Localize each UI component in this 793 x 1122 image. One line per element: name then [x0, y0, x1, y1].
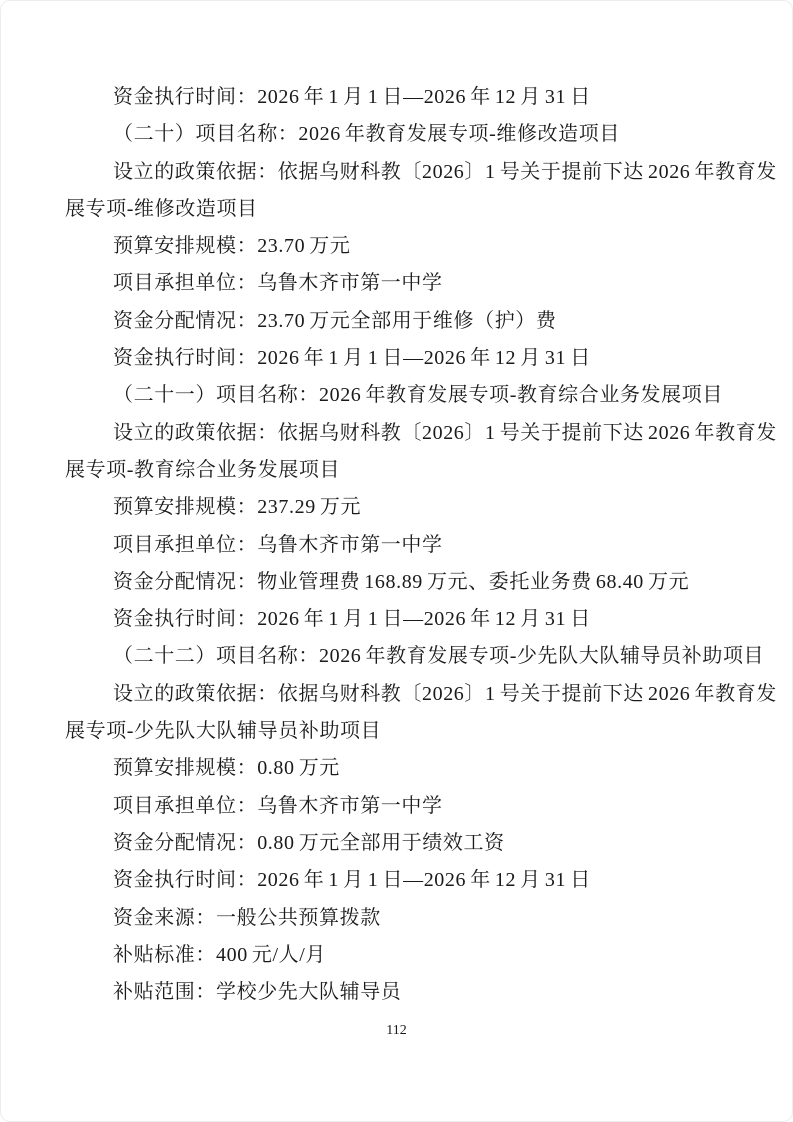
doc-line: 预算安排规模：0.80 万元: [65, 750, 733, 787]
doc-line: 资金分配情况：物业管理费 168.89 万元、委托业务费 68.40 万元: [65, 564, 733, 601]
doc-line: （二十二）项目名称：2026 年教育发展专项-少先队大队辅导员补助项目: [65, 638, 733, 675]
doc-line: 项目承担单位：乌鲁木齐市第一中学: [65, 265, 733, 302]
doc-line: 资金执行时间：2026 年 1 月 1 日—2026 年 12 月 31 日: [65, 79, 733, 116]
doc-line: 资金执行时间：2026 年 1 月 1 日—2026 年 12 月 31 日: [65, 862, 733, 899]
doc-line: 预算安排规模：23.70 万元: [65, 228, 733, 265]
doc-line: 展专项-维修改造项目: [65, 191, 733, 228]
doc-line: 设立的政策依据：依据乌财科教〔2026〕1 号关于提前下达 2026 年教育发: [65, 415, 733, 452]
doc-line: 补贴范围：学校少先大队辅导员: [65, 974, 733, 1011]
page-number: 112: [1, 1021, 792, 1041]
doc-line: 资金分配情况：0.80 万元全部用于绩效工资: [65, 825, 733, 862]
doc-line: （二十）项目名称：2026 年教育发展专项-维修改造项目: [65, 116, 733, 153]
doc-line: 补贴标准：400 元/人/月: [65, 937, 733, 974]
doc-line: 预算安排规模：237.29 万元: [65, 489, 733, 526]
doc-line: 项目承担单位：乌鲁木齐市第一中学: [65, 527, 733, 564]
doc-line: 资金执行时间：2026 年 1 月 1 日—2026 年 12 月 31 日: [65, 601, 733, 638]
doc-line: 展专项-少先队大队辅导员补助项目: [65, 713, 733, 750]
doc-line: 资金执行时间：2026 年 1 月 1 日—2026 年 12 月 31 日: [65, 340, 733, 377]
document-page: 资金执行时间：2026 年 1 月 1 日—2026 年 12 月 31 日 （…: [0, 0, 793, 1122]
doc-line: 资金来源：一般公共预算拨款: [65, 900, 733, 937]
doc-line: 设立的政策依据：依据乌财科教〔2026〕1 号关于提前下达 2026 年教育发: [65, 676, 733, 713]
doc-line: 设立的政策依据：依据乌财科教〔2026〕1 号关于提前下达 2026 年教育发: [65, 154, 733, 191]
doc-line: （二十一）项目名称：2026 年教育发展专项-教育综合业务发展项目: [65, 377, 733, 414]
doc-line: 资金分配情况：23.70 万元全部用于维修（护）费: [65, 303, 733, 340]
doc-line: 项目承担单位：乌鲁木齐市第一中学: [65, 788, 733, 825]
document-text-block: 资金执行时间：2026 年 1 月 1 日—2026 年 12 月 31 日 （…: [65, 79, 733, 1011]
doc-line: 展专项-教育综合业务发展项目: [65, 452, 733, 489]
